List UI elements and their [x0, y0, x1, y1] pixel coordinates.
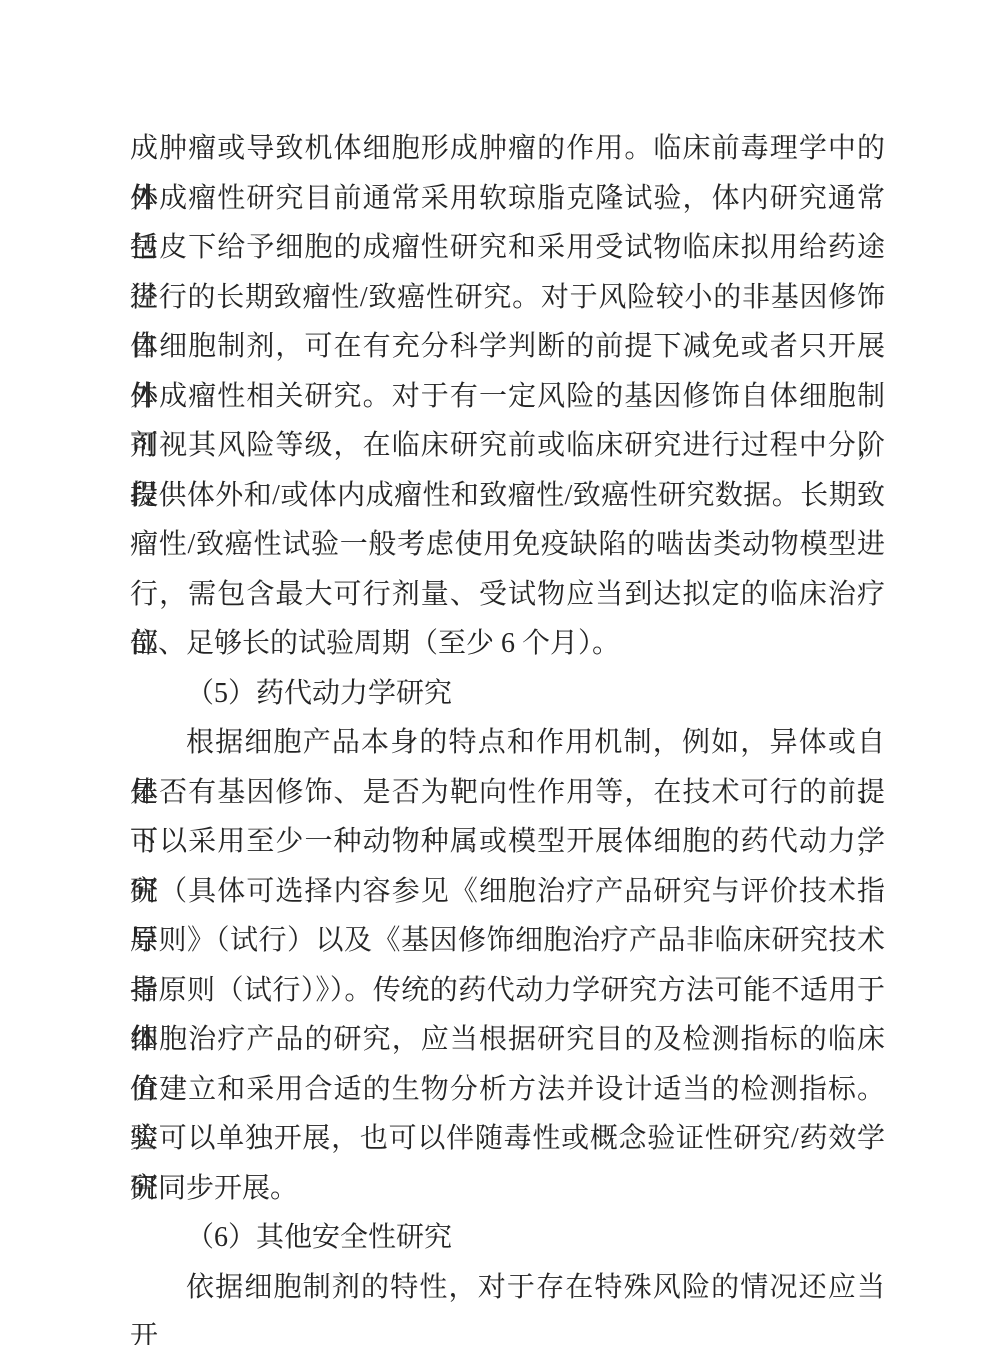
section-heading: （5）药代动力学研究	[130, 669, 885, 719]
text-line: 导原则（试行）》）。传统的药代动力学研究方法可能不适用于体	[130, 966, 885, 1016]
text-line: 究（具体可选择内容参见《细胞治疗产品研究与评价技术指导	[130, 867, 885, 917]
text-line: 瘤性/致癌性试验一般考虑使用免疫缺陷的啮齿类动物模型进	[130, 520, 885, 570]
text-line: 可视其风险等级，在临床研究前或临床研究进行过程中分阶段	[130, 421, 885, 471]
text-line: 外成瘤性研究目前通常采用软琼脂克隆试验，体内研究通常包	[130, 174, 885, 224]
document-page: 成肿瘤或导致机体细胞形成肿瘤的作用。临床前毒理学中的体 外成瘤性研究目前通常采用…	[0, 0, 1005, 1345]
section-heading: （6）其他安全性研究	[130, 1213, 885, 1263]
document-body: 成肿瘤或导致机体细胞形成肿瘤的作用。临床前毒理学中的体 外成瘤性研究目前通常采用…	[130, 0, 885, 1312]
text-line: 验可以单独开展，也可以伴随毒性或概念验证性研究/药效学研	[130, 1114, 885, 1164]
text-line: 行，需包含最大可行剂量、受试物应当到达拟定的临床治疗部	[130, 570, 885, 620]
text-line: 究同步开展。	[130, 1164, 885, 1214]
text-line: 进行的长期致瘤性/致癌性研究。对于风险较小的非基因修饰自	[130, 273, 885, 323]
text-line: 成肿瘤或导致机体细胞形成肿瘤的作用。临床前毒理学中的体	[130, 124, 885, 174]
text-line: 提供体外和/或体内成瘤性和致瘤性/致癌性研究数据。长期致	[130, 471, 885, 521]
text-line: 值建立和采用合适的生物分析方法并设计适当的检测指标。实	[130, 1065, 885, 1115]
text-line: 细胞治疗产品的研究，应当根据研究目的及检测指标的临床价	[130, 1015, 885, 1065]
text-line: 体细胞制剂，可在有充分科学判断的前提下减免或者只开展体	[130, 322, 885, 372]
text-line: 外成瘤性相关研究。对于有一定风险的基因修饰自体细胞制剂，	[130, 372, 885, 422]
text-line: 括皮下给予细胞的成瘤性研究和采用受试物临床拟用给药途径	[130, 223, 885, 273]
text-line: 依据细胞制剂的特性，对于存在特殊风险的情况还应当开	[130, 1263, 885, 1313]
text-line: 可以采用至少一种动物种属或模型开展体细胞的药代动力学研	[130, 817, 885, 867]
text-line: 原则》（试行）以及《基因修饰细胞治疗产品非临床研究技术指	[130, 916, 885, 966]
text-line: 位、足够长的试验周期（至少 6 个月）。	[130, 619, 885, 669]
text-line: 根据细胞产品本身的特点和作用机制，例如，异体或自体、	[130, 718, 885, 768]
text-line: 是否有基因修饰、是否为靶向性作用等，在技术可行的前提下，	[130, 768, 885, 818]
